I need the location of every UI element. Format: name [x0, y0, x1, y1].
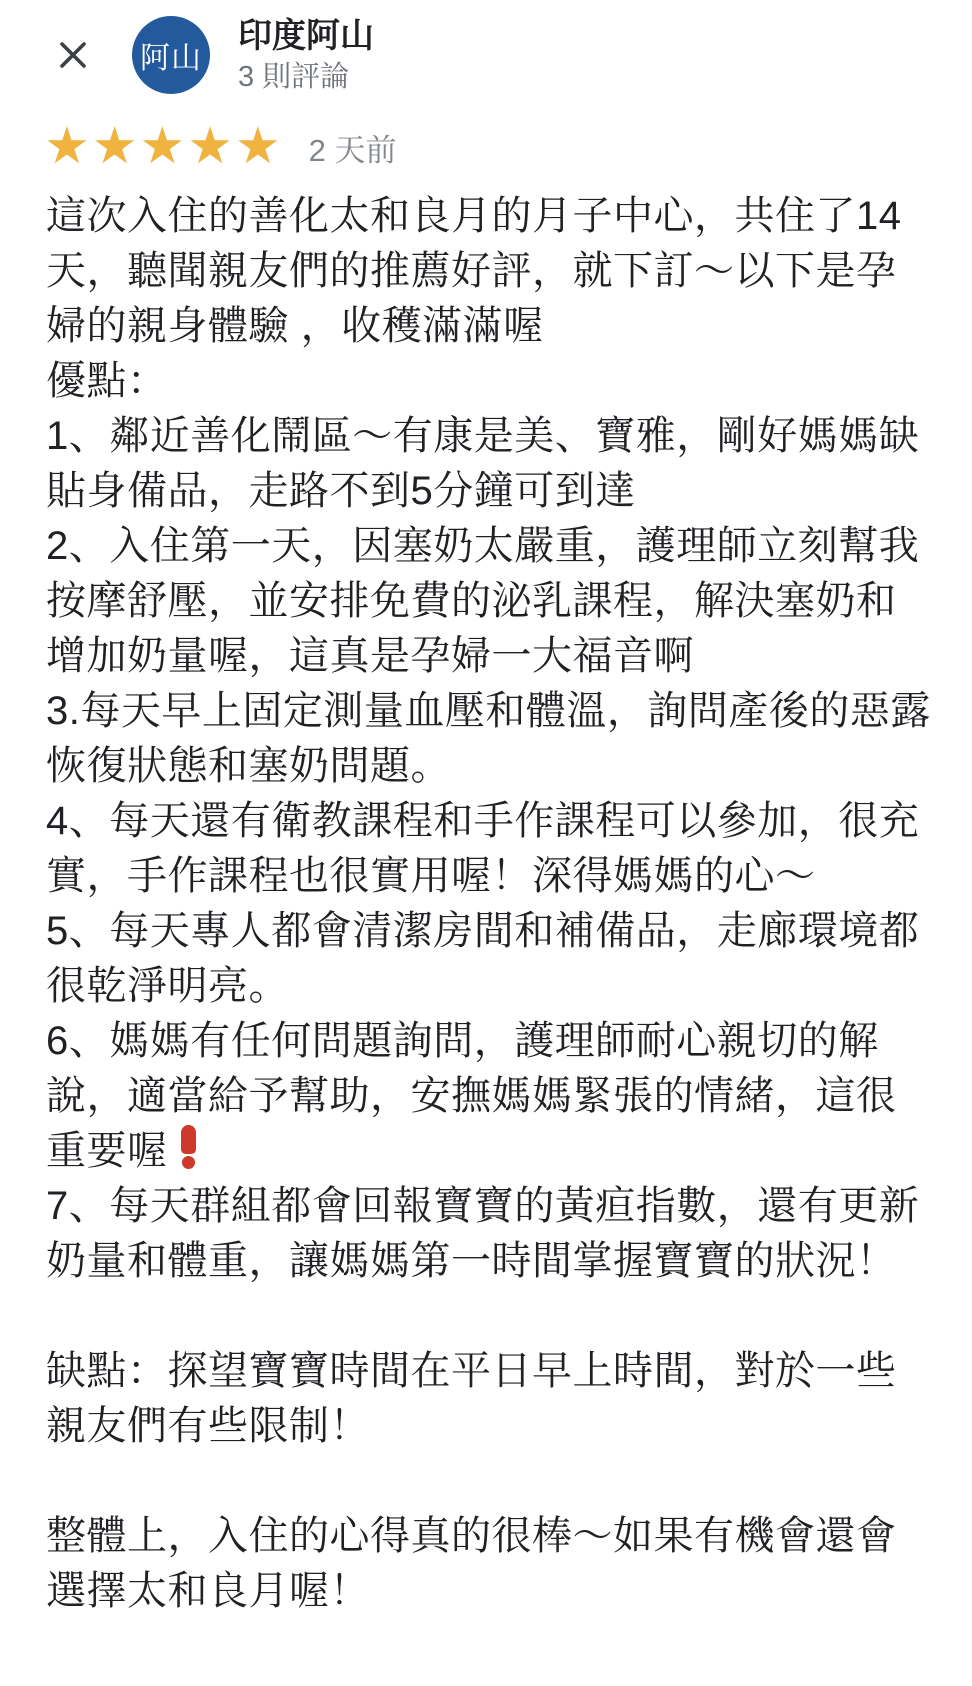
- review-line: 4、每天還有衛教課程和手作課程可以參加，很充實，手作課程也很實用喔！深得媽媽的心…: [46, 794, 932, 904]
- review-line: 5、每天專人都會清潔房間和補備品，走廊環境都很乾淨明亮。: [46, 904, 932, 1014]
- red-exclamation-icon: [180, 1124, 197, 1170]
- review-line: 2、入住第一天，因塞奶太嚴重，護理師立刻幫我按摩舒壓，並安排免費的泌乳課程，解決…: [46, 519, 932, 684]
- rating-row: ★★★★★ 2 天前: [44, 117, 972, 173]
- five-star-rating: ★★★★★: [44, 120, 283, 171]
- review-line: 缺點：探望寶寶時間在平日早上時間，對於一些親友們有些限制！: [46, 1344, 932, 1454]
- star-icon: ★: [44, 120, 92, 171]
- review-line: 7、每天群組都會回報寶寶的黃疸指數，還有更新奶量和體重，讓媽媽第一時間掌握寶寶的…: [46, 1179, 932, 1289]
- review-line: 6、媽媽有任何問題詢問，護理師耐心親切的解說，適當給予幫助，安撫媽媽緊張的情緒，…: [46, 1014, 932, 1179]
- star-icon: ★: [92, 120, 140, 171]
- reviewer-name: 印度阿山: [238, 14, 374, 58]
- star-icon: ★: [187, 120, 235, 171]
- close-icon: [53, 35, 93, 75]
- review-date: 2 天前: [309, 121, 397, 170]
- review-detail-screen: 阿山 印度阿山 3 則評論 ★★★★★ 2 天前 這次入住的善化太和良月的月子中…: [0, 0, 972, 1686]
- review-blank-line: [46, 1289, 932, 1344]
- review-line: 1、鄰近善化鬧區～有康是美、寶雅，剛好媽媽缺貼身備品，走路不到5分鐘可到達: [46, 409, 932, 519]
- star-icon: ★: [139, 120, 187, 171]
- review-text: 這次入住的善化太和良月的月子中心，共住了14天，聽聞親友們的推薦好評，就下訂～以…: [46, 189, 932, 1619]
- reviewer-review-count: 3 則評論: [238, 59, 374, 95]
- close-button[interactable]: [50, 32, 96, 78]
- star-icon: ★: [235, 120, 283, 171]
- review-line: 整體上，入住的心得真的很棒～如果有機會還會選擇太和良月喔！: [46, 1509, 932, 1619]
- review-line: 3.每天早上固定測量血壓和體溫，詢問產後的惡露恢復狀態和塞奶問題。: [46, 684, 932, 794]
- review-header: 阿山 印度阿山 3 則評論: [0, 0, 972, 95]
- review-line: 這次入住的善化太和良月的月子中心，共住了14天，聽聞親友們的推薦好評，就下訂～以…: [46, 189, 932, 354]
- review-blank-line: [46, 1454, 932, 1509]
- avatar[interactable]: 阿山: [132, 16, 210, 94]
- review-line: 優點：: [46, 354, 932, 409]
- reviewer-info: 印度阿山 3 則評論: [238, 14, 374, 95]
